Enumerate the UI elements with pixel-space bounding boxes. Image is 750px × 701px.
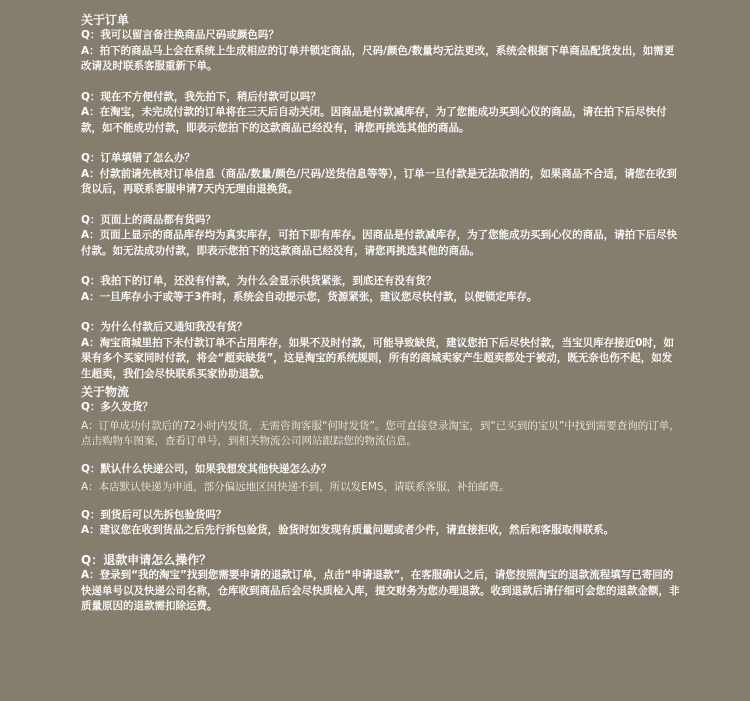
faq-question: Q：我拍下的订单，还没有付款，为什么会显示供货紧张，到底还有没有货？ [81, 274, 681, 290]
faq-answer: A：淘宝商城里拍下未付款订单不占用库存，如果不及时付款，可能导致缺货，建议您拍下… [81, 336, 681, 383]
faq-answer: A：付款前请先核对订单信息（商品/数量/颜色/尺码/送货信息等等），订单一旦付款… [81, 167, 681, 198]
faq-page: 关于订单 Q：我可以留言备注换商品尺码或颜色吗？ A：拍下的商品马上会在系统上生… [0, 0, 750, 701]
section-title-orders: 关于订单 [81, 12, 681, 28]
faq-answer: A：页面上显示的商品库存均为真实库存，可拍下即有库存。因商品是付款减库存，为了您… [81, 228, 681, 259]
faq-item: Q：我拍下的订单，还没有付款，为什么会显示供货紧张，到底还有没有货？ A：一旦库… [81, 274, 681, 305]
section-logistics: 关于物流 Q：多久发货？ A：订单成功付款后的72小时内发货，无需咨询客服“何时… [81, 384, 681, 539]
faq-question: Q：多久发货？ [81, 400, 681, 416]
section-refund: Q：退款申请怎么操作？ A：登录到“我的淘宝”找到您需要申请的退款订单，点击“申… [81, 552, 681, 615]
faq-answer: A：建议您在收到货品之后先行拆包验货，验货时如发现有质量问题或者少件，请直接拒收… [81, 523, 681, 539]
faq-item: Q：订单填错了怎么办？ A：付款前请先核对订单信息（商品/数量/颜色/尺码/送货… [81, 151, 681, 198]
faq-question: Q：默认什么快递公司，如果我想发其他快递怎么办？ [81, 462, 681, 478]
faq-item: Q：到货后可以先拆包验货吗？ A：建议您在收到货品之后先行拆包验货，验货时如发现… [81, 508, 681, 539]
faq-item: Q：多久发货？ A：订单成功付款后的72小时内发货，无需咨询客服“何时发货”。您… [81, 400, 681, 450]
faq-answer: A：在淘宝，未完成付款的订单将在三天后自动关闭。因商品是付款减库存，为了您能成功… [81, 105, 681, 136]
faq-question: Q：订单填错了怎么办？ [81, 151, 681, 167]
faq-answer: A：登录到“我的淘宝”找到您需要申请的退款订单，点击“申请退款”，在客服确认之后… [81, 568, 681, 615]
faq-answer: A：拍下的商品马上会在系统上生成相应的订单并锁定商品，尺码/颜色/数量均无法更改… [81, 44, 681, 75]
faq-question: Q：退款申请怎么操作？ [81, 552, 681, 568]
faq-item: Q：默认什么快递公司，如果我想发其他快递怎么办？ A：本店默认快递为申通，部分偏… [81, 462, 681, 496]
faq-answer: A：订单成功付款后的72小时内发货，无需咨询客服“何时发货”。您可直接登录淘宝，… [81, 419, 681, 450]
faq-question: Q：到货后可以先拆包验货吗？ [81, 508, 681, 524]
faq-answer: A：本店默认快递为申通，部分偏远地区因快递不到，所以发EMS，请联系客服，补拍邮… [81, 480, 681, 496]
section-title-logistics: 关于物流 [81, 384, 681, 400]
faq-item: Q：现在不方便付款，我先拍下，稍后付款可以吗？ A：在淘宝，未完成付款的订单将在… [81, 90, 681, 137]
faq-answer: A：一旦库存小于或等于3件时，系统会自动提示您，货源紧张，建议您尽快付款，以便锁… [81, 290, 681, 306]
faq-question: Q：我可以留言备注换商品尺码或颜色吗？ [81, 28, 681, 44]
faq-question: Q：为什么付款后又通知我没有货？ [81, 320, 681, 336]
section-orders: 关于订单 Q：我可以留言备注换商品尺码或颜色吗？ A：拍下的商品马上会在系统上生… [81, 12, 681, 382]
faq-item: Q：为什么付款后又通知我没有货？ A：淘宝商城里拍下未付款订单不占用库存，如果不… [81, 320, 681, 382]
faq-item: Q：退款申请怎么操作？ A：登录到“我的淘宝”找到您需要申请的退款订单，点击“申… [81, 552, 681, 615]
faq-question: Q：现在不方便付款，我先拍下，稍后付款可以吗？ [81, 90, 681, 106]
faq-item: Q：页面上的商品都有货吗？ A：页面上显示的商品库存均为真实库存，可拍下即有库存… [81, 213, 681, 260]
faq-question: Q：页面上的商品都有货吗？ [81, 213, 681, 229]
faq-item: Q：我可以留言备注换商品尺码或颜色吗？ A：拍下的商品马上会在系统上生成相应的订… [81, 28, 681, 75]
